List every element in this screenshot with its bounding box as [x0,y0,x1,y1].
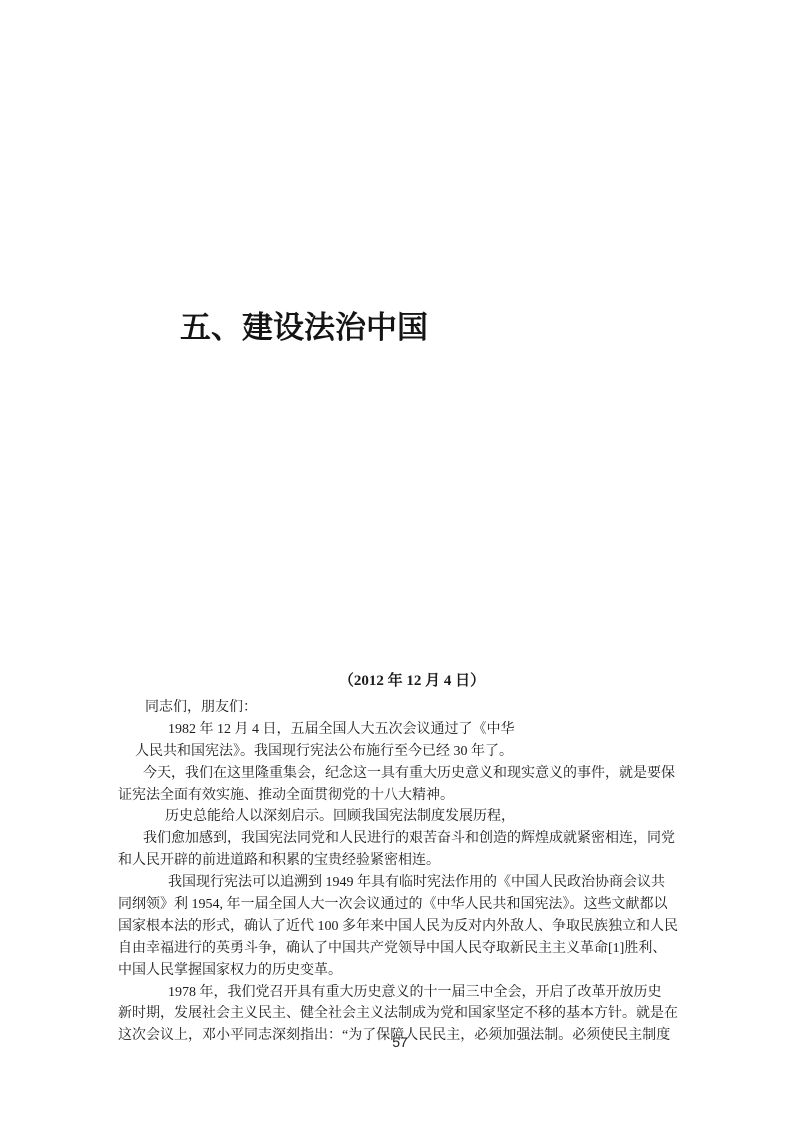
body-line: 同志们，朋友们： [145,697,758,719]
body-line: 和人民开辟的前进道路和积累的宝贵经验紧密相连。 [118,850,758,872]
body-line: 我国现行宪法可以追溯到 1949 年具有临时宪法作用的《中国人民政治协商会议共 [168,872,758,894]
body-line: 自由幸福进行的英勇斗争，确认了中国共产党领导中国人民夺取新民主主义革命[1]胜利… [118,938,758,960]
body-line: 证宪法全面有效实施、推动全面贯彻党的十八大精神。 [118,785,758,807]
body-line: 中国人民掌握国家权力的历史变革。 [118,960,758,982]
section-title: 五、建设法治中国 [180,308,428,348]
body-text: 同志们，朋友们：1982 年 12 月 4 日，五届全国人大五次会议通过了《中华… [118,697,758,1047]
body-line: 人民共和国宪法》。我国现行宪法公布施行至今已经 30 年了。 [135,741,758,763]
body-line: 1978 年，我们党召开具有重大历史意义的十一届三中全会，开启了改革开放历史 [168,982,758,1004]
body-line: 国家根本法的形式，确认了近代 100 多年来中国人民为反对内外敌人、争取民族独立… [118,916,758,938]
body-line: 我们愈加感到，我国宪法同党和人民进行的艰苦奋斗和创造的辉煌成就紧密相连，同党 [143,828,758,850]
body-line: 历史总能给人以深刻启示。回顾我国宪法制度发展历程， [165,806,758,828]
document-page: 五、建设法治中国 （2012 年 12 月 4 日） 同志们，朋友们：1982 … [0,0,800,1131]
page-number: 57 [0,1034,800,1050]
body-line: 1982 年 12 月 4 日，五届全国人大五次会议通过了《中华 [168,719,758,741]
body-line: 新时期，发展社会主义民主、健全社会主义法制成为党和国家坚定不移的基本方针。就是在 [118,1003,758,1025]
body-line: 今天，我们在这里隆重集会，纪念这一具有重大历史意义和现实意义的事件，就是要保 [143,763,758,785]
date-line: （2012 年 12 月 4 日） [118,671,706,691]
body-line: 同纲领》利 1954, 年一届全国人大一次会议通过的《中华人民共和国宪法》。这些… [118,894,758,916]
